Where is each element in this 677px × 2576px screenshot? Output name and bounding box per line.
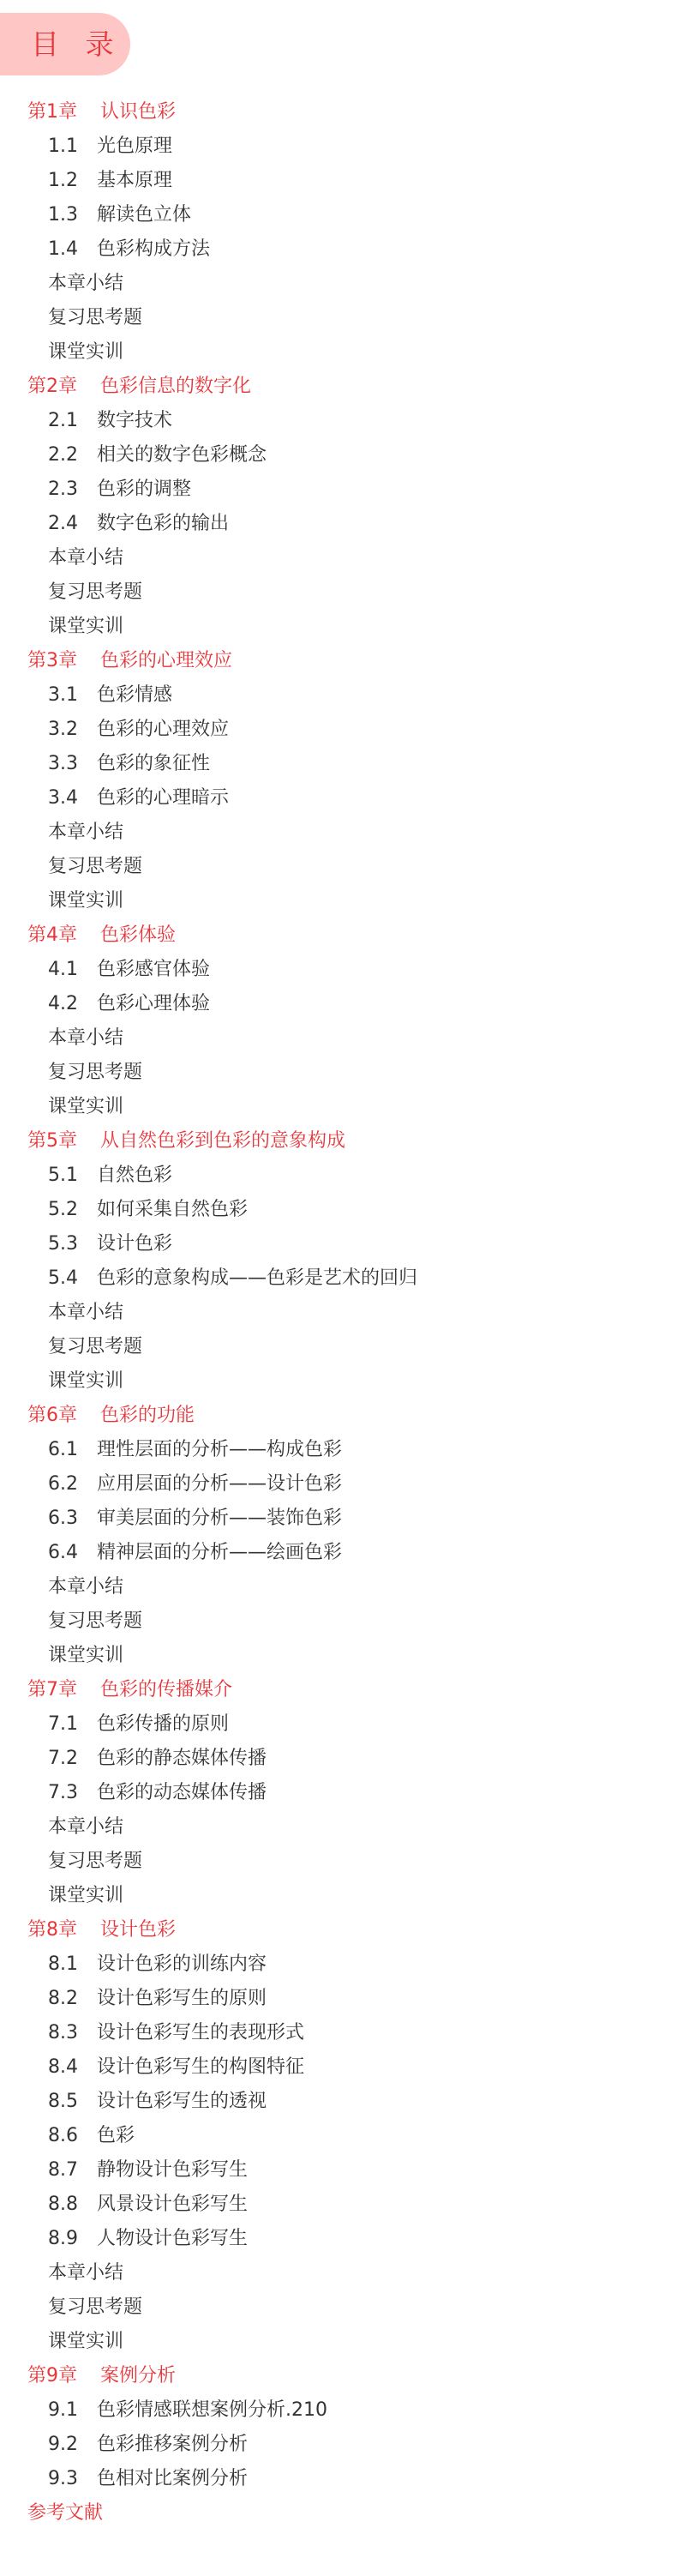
chapter-number: 第4章 — [27, 918, 100, 953]
chapter-number: 第5章 — [27, 1124, 100, 1159]
entry-title: 本章小结 — [48, 547, 123, 569]
toc-section[interactable]: 8.5设计色彩写生的透视 — [0, 2085, 677, 2119]
entry-title: 设计色彩写生的表现形式 — [97, 2022, 304, 2043]
toc-chapter-extra[interactable]: 本章小结 — [0, 1570, 677, 1604]
entry-title: 本章小结 — [48, 1576, 123, 1598]
chapter-number: 第3章 — [27, 644, 100, 678]
toc-chapter[interactable]: 第1章认识色彩 — [0, 95, 677, 129]
entry-title: 复习思考题 — [48, 1851, 142, 1872]
toc-section[interactable]: 2.1数字技术 — [0, 404, 677, 438]
entry-title: 色彩构成方法 — [97, 238, 210, 260]
toc-section[interactable]: 7.2色彩的静态媒体传播 — [0, 1742, 677, 1776]
toc-references[interactable]: 参考文献 — [0, 2496, 677, 2531]
section-number: 3.4 — [48, 781, 97, 816]
entry-title: 色相对比案例分析 — [97, 2468, 248, 2489]
section-number: 8.2 — [48, 1982, 97, 2016]
section-number: 5.3 — [48, 1227, 97, 1261]
section-number: 4.2 — [48, 987, 97, 1021]
entry-title: 色彩心理体验 — [97, 993, 210, 1014]
entry-title: 设计色彩写生的原则 — [97, 1988, 267, 2009]
toc-chapter[interactable]: 第9章案例分析 — [0, 2359, 677, 2393]
toc-chapter-extra[interactable]: 复习思考题 — [0, 1845, 677, 1879]
section-number: 9.2 — [48, 2428, 97, 2462]
toc-section[interactable]: 9.2色彩推移案例分析 — [0, 2428, 677, 2462]
chapter-title: 设计色彩 — [100, 1919, 176, 1941]
section-number: 4.1 — [48, 953, 97, 987]
section-number: 2.2 — [48, 438, 97, 472]
toc-section[interactable]: 5.4色彩的意象构成——色彩是艺术的回归 — [0, 1261, 677, 1296]
entry-title: 复习思考题 — [48, 1336, 142, 1357]
entry-title: 色彩的动态媒体传播 — [97, 1782, 267, 1803]
chapter-title: 色彩的传播媒介 — [100, 1679, 232, 1700]
entry-title: 课堂实训 — [48, 2331, 123, 2352]
section-number: 1.3 — [48, 198, 97, 232]
entry-title: 色彩情感 — [97, 684, 172, 706]
toc-section[interactable]: 7.1色彩传播的原则 — [0, 1707, 677, 1742]
toc-chapter-extra[interactable]: 复习思考题 — [0, 850, 677, 884]
toc-section[interactable]: 5.3设计色彩 — [0, 1227, 677, 1261]
section-number: 5.1 — [48, 1159, 97, 1193]
toc-chapter[interactable]: 第4章色彩体验 — [0, 918, 677, 953]
toc-chapter[interactable]: 第5章从自然色彩到色彩的意象构成 — [0, 1124, 677, 1159]
section-number: 8.4 — [48, 2050, 97, 2085]
toc-chapter-extra[interactable]: 课堂实训 — [0, 335, 677, 370]
toc-section[interactable]: 2.2相关的数字色彩概念 — [0, 438, 677, 472]
toc-chapter-extra[interactable]: 复习思考题 — [0, 1330, 677, 1364]
entry-title: 复习思考题 — [48, 1062, 142, 1083]
entry-title: 理性层面的分析——构成色彩 — [97, 1439, 342, 1460]
section-number: 8.9 — [48, 2222, 97, 2256]
entry-title: 色彩 — [97, 2125, 135, 2146]
section-number: 2.1 — [48, 404, 97, 438]
entry-title: 本章小结 — [48, 1816, 123, 1838]
entry-title: 课堂实训 — [48, 616, 123, 637]
entry-title: 设计色彩写生的透视 — [97, 2091, 267, 2112]
entry-title: 色彩的心理暗示 — [97, 787, 229, 809]
chapter-title: 色彩信息的数字化 — [100, 376, 251, 397]
entry-title: 解读色立体 — [97, 204, 191, 226]
toc-section[interactable]: 8.9人物设计色彩写生 — [0, 2222, 677, 2256]
section-number: 8.3 — [48, 2016, 97, 2050]
entry-title: 参考文献 — [27, 2502, 103, 2524]
section-number: 5.2 — [48, 1193, 97, 1227]
toc-section[interactable]: 8.8风景设计色彩写生 — [0, 2188, 677, 2222]
section-number: 7.1 — [48, 1707, 97, 1742]
entry-title: 自然色彩 — [97, 1165, 172, 1186]
toc-section[interactable]: 8.2设计色彩写生的原则 — [0, 1982, 677, 2016]
toc-chapter[interactable]: 第7章色彩的传播媒介 — [0, 1673, 677, 1707]
toc-section[interactable]: 1.1光色原理 — [0, 129, 677, 164]
chapter-number: 第8章 — [27, 1913, 100, 1947]
section-number: 8.1 — [48, 1947, 97, 1982]
toc-section[interactable]: 3.2色彩的心理效应 — [0, 713, 677, 747]
section-number: 5.4 — [48, 1261, 97, 1296]
entry-title: 复习思考题 — [48, 581, 142, 603]
toc-chapter-extra[interactable]: 复习思考题 — [0, 1056, 677, 1090]
section-number: 6.4 — [48, 1536, 97, 1570]
entry-title: 设计色彩的训练内容 — [97, 1953, 267, 1975]
entry-title: 色彩传播的原则 — [97, 1713, 229, 1735]
entry-title: 课堂实训 — [48, 341, 123, 363]
entry-title: 色彩的静态媒体传播 — [97, 1748, 267, 1769]
entry-title: 精神层面的分析——绘画色彩 — [97, 1542, 342, 1563]
toc-section[interactable]: 3.4色彩的心理暗示 — [0, 781, 677, 816]
chapter-title: 色彩的功能 — [100, 1405, 195, 1426]
section-number: 9.1 — [48, 2393, 97, 2428]
entry-title: 本章小结 — [48, 822, 123, 843]
chapter-number: 第2章 — [27, 370, 100, 404]
entry-title: 设计色彩 — [97, 1233, 172, 1255]
toc-chapter[interactable]: 第3章色彩的心理效应 — [0, 644, 677, 678]
entry-title: 复习思考题 — [48, 1610, 142, 1632]
section-number: 6.3 — [48, 1502, 97, 1536]
section-number: 3.3 — [48, 747, 97, 781]
section-number: 1.2 — [48, 164, 97, 198]
toc-section[interactable]: 2.4数字色彩的输出 — [0, 507, 677, 541]
toc-section[interactable]: 8.7静物设计色彩写生 — [0, 2153, 677, 2188]
entry-title: 色彩感官体验 — [97, 959, 210, 980]
entry-title: 本章小结 — [48, 1027, 123, 1049]
entry-title: 如何采集自然色彩 — [97, 1199, 248, 1220]
toc-chapter-extra[interactable]: 本章小结 — [0, 1021, 677, 1056]
entry-title: 色彩情感联想案例分析.210 — [97, 2399, 327, 2421]
toc-section[interactable]: 1.3解读色立体 — [0, 198, 677, 232]
toc-section[interactable]: 9.1色彩情感联想案例分析.210 — [0, 2393, 677, 2428]
toc-chapter-extra[interactable]: 课堂实训 — [0, 1364, 677, 1399]
toc-chapter-extra[interactable]: 本章小结 — [0, 1810, 677, 1845]
entry-title: 人物设计色彩写生 — [97, 2228, 248, 2249]
toc-section[interactable]: 3.3色彩的象征性 — [0, 747, 677, 781]
toc-section[interactable]: 1.2基本原理 — [0, 164, 677, 198]
toc-chapter-extra[interactable]: 本章小结 — [0, 2256, 677, 2290]
toc-section[interactable]: 4.2色彩心理体验 — [0, 987, 677, 1021]
section-number: 7.2 — [48, 1742, 97, 1776]
chapter-number: 第7章 — [27, 1673, 100, 1707]
section-number: 2.3 — [48, 472, 97, 507]
toc-section[interactable]: 6.4精神层面的分析——绘画色彩 — [0, 1536, 677, 1570]
entry-title: 课堂实训 — [48, 1645, 123, 1666]
toc-section[interactable]: 8.1设计色彩的训练内容 — [0, 1947, 677, 1982]
section-number: 8.6 — [48, 2119, 97, 2153]
entry-title: 本章小结 — [48, 2262, 123, 2284]
chapter-title: 认识色彩 — [100, 101, 176, 123]
toc-chapter-extra[interactable]: 本章小结 — [0, 1296, 677, 1330]
entry-title: 复习思考题 — [48, 2296, 142, 2318]
entry-title: 课堂实训 — [48, 890, 123, 912]
section-number: 9.3 — [48, 2462, 97, 2496]
toc-chapter-extra[interactable]: 课堂实训 — [0, 1090, 677, 1124]
entry-title: 课堂实训 — [48, 1096, 123, 1117]
entry-title: 应用层面的分析——设计色彩 — [97, 1473, 342, 1495]
toc-title: 目 录 — [31, 13, 123, 75]
section-number: 3.2 — [48, 713, 97, 747]
entry-title: 静物设计色彩写生 — [97, 2159, 248, 2181]
entry-title: 本章小结 — [48, 1302, 123, 1323]
section-number: 8.7 — [48, 2153, 97, 2188]
toc-section[interactable]: 8.6色彩 — [0, 2119, 677, 2153]
toc-section[interactable]: 1.4色彩构成方法 — [0, 232, 677, 267]
chapter-title: 从自然色彩到色彩的意象构成 — [100, 1130, 345, 1152]
section-number: 8.5 — [48, 2085, 97, 2119]
toc-section[interactable]: 5.2如何采集自然色彩 — [0, 1193, 677, 1227]
chapter-title: 色彩的心理效应 — [100, 650, 232, 671]
chapter-title: 案例分析 — [100, 2365, 176, 2386]
entry-title: 色彩的意象构成——色彩是艺术的回归 — [97, 1267, 417, 1289]
toc-chapter-extra[interactable]: 本章小结 — [0, 267, 677, 301]
chapter-title: 色彩体验 — [100, 924, 176, 946]
section-number: 1.4 — [48, 232, 97, 267]
toc-chapter-extra[interactable]: 课堂实训 — [0, 1879, 677, 1913]
toc-chapter-extra[interactable]: 复习思考题 — [0, 575, 677, 610]
toc-chapter-extra[interactable]: 课堂实训 — [0, 1639, 677, 1673]
toc-chapter[interactable]: 第6章色彩的功能 — [0, 1399, 677, 1433]
table-of-contents: 第1章认识色彩1.1光色原理1.2基本原理1.3解读色立体1.4色彩构成方法本章… — [0, 95, 677, 2531]
entry-title: 数字色彩的输出 — [97, 513, 229, 534]
entry-title: 设计色彩写生的构图特征 — [97, 2056, 304, 2078]
toc-chapter[interactable]: 第8章设计色彩 — [0, 1913, 677, 1947]
toc-section[interactable]: 9.3色相对比案例分析 — [0, 2462, 677, 2496]
section-number: 3.1 — [48, 678, 97, 713]
section-number: 7.3 — [48, 1776, 97, 1810]
toc-chapter-extra[interactable]: 课堂实训 — [0, 610, 677, 644]
toc-chapter-extra[interactable]: 复习思考题 — [0, 301, 677, 335]
entry-title: 本章小结 — [48, 273, 123, 294]
toc-section[interactable]: 3.1色彩情感 — [0, 678, 677, 713]
entry-title: 光色原理 — [97, 135, 172, 157]
section-number: 2.4 — [48, 507, 97, 541]
toc-chapter-extra[interactable]: 复习思考题 — [0, 2290, 677, 2325]
toc-section[interactable]: 8.4设计色彩写生的构图特征 — [0, 2050, 677, 2085]
chapter-number: 第9章 — [27, 2359, 100, 2393]
toc-chapter-extra[interactable]: 课堂实训 — [0, 2325, 677, 2359]
toc-section[interactable]: 5.1自然色彩 — [0, 1159, 677, 1193]
entry-title: 相关的数字色彩概念 — [97, 444, 267, 466]
section-number: 1.1 — [48, 129, 97, 164]
chapter-number: 第1章 — [27, 95, 100, 129]
section-number: 6.2 — [48, 1467, 97, 1502]
entry-title: 色彩推移案例分析 — [97, 2434, 248, 2455]
toc-section[interactable]: 6.3审美层面的分析——装饰色彩 — [0, 1502, 677, 1536]
toc-section[interactable]: 4.1色彩感官体验 — [0, 953, 677, 987]
section-number: 8.8 — [48, 2188, 97, 2222]
entry-title: 数字技术 — [97, 410, 172, 431]
entry-title: 色彩的象征性 — [97, 753, 210, 774]
entry-title: 色彩的调整 — [97, 478, 191, 500]
toc-chapter-extra[interactable]: 课堂实训 — [0, 884, 677, 918]
entry-title: 复习思考题 — [48, 856, 142, 877]
toc-section[interactable]: 7.3色彩的动态媒体传播 — [0, 1776, 677, 1810]
toc-section[interactable]: 6.2应用层面的分析——设计色彩 — [0, 1467, 677, 1502]
section-number: 6.1 — [48, 1433, 97, 1467]
toc-section[interactable]: 2.3色彩的调整 — [0, 472, 677, 507]
entry-title: 课堂实训 — [48, 1370, 123, 1392]
toc-chapter-extra[interactable]: 本章小结 — [0, 541, 677, 575]
toc-chapter-extra[interactable]: 复习思考题 — [0, 1604, 677, 1639]
entry-title: 审美层面的分析——装饰色彩 — [97, 1508, 342, 1529]
entry-title: 色彩的心理效应 — [97, 719, 229, 740]
entry-title: 课堂实训 — [48, 1885, 123, 1906]
toc-section[interactable]: 8.3设计色彩写生的表现形式 — [0, 2016, 677, 2050]
chapter-number: 第6章 — [27, 1399, 100, 1433]
toc-chapter-extra[interactable]: 本章小结 — [0, 816, 677, 850]
entry-title: 复习思考题 — [48, 307, 142, 328]
toc-section[interactable]: 6.1理性层面的分析——构成色彩 — [0, 1433, 677, 1467]
entry-title: 风景设计色彩写生 — [97, 2194, 248, 2215]
entry-title: 基本原理 — [97, 170, 172, 191]
toc-chapter[interactable]: 第2章色彩信息的数字化 — [0, 370, 677, 404]
